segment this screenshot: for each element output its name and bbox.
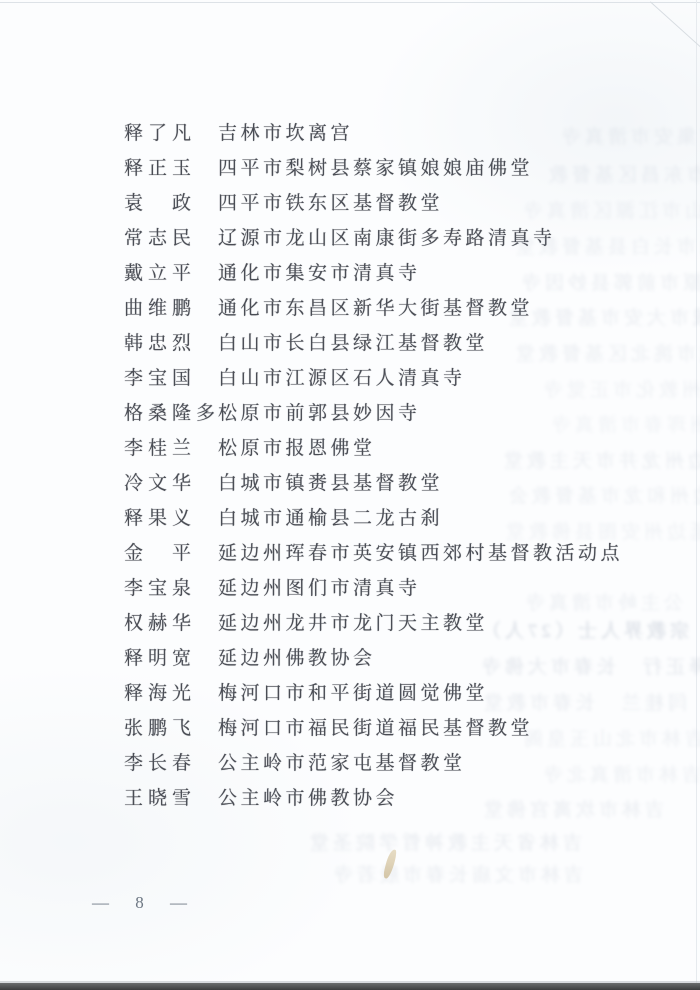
venue-name: 公主岭市范家屯基督教堂: [218, 748, 466, 775]
person-name: 格桑隆多: [124, 398, 218, 425]
person-name: 权赫华: [124, 608, 218, 635]
venue-name: 延边州佛教协会: [218, 643, 376, 670]
person-name: 戴立平: [124, 258, 218, 285]
person-name: 金 平: [124, 538, 218, 565]
roster-row: 戴立平 通化市集安市清真寺: [124, 254, 623, 289]
venue-name: 延边州龙井市龙门天主教堂: [218, 608, 488, 635]
venue-name: 延边州珲春市英安镇西郊村基督教活动点: [218, 538, 623, 565]
roster-row: 释明宽 延边州佛教协会: [124, 639, 623, 674]
venue-name: 延边州图们市清真寺: [218, 573, 421, 600]
person-name: 李宝泉: [124, 573, 218, 600]
roster-row: 释正玉 四平市梨树县蔡家镇娘娘庙佛堂: [124, 149, 623, 184]
scanned-document-page: 释了凡 吉林市坎离宫 释正玉 四平市梨树县蔡家镇娘娘庙佛堂 袁 政 四平市铁东区…: [0, 0, 700, 990]
person-name: 冷文华: [124, 468, 218, 495]
roster-row: 冷文华 白城市镇赉县基督教堂: [124, 464, 623, 499]
venue-name: 辽源市龙山区南康街多寿路清真寺: [218, 223, 556, 250]
roster-row: 李宝泉 延边州图们市清真寺: [124, 569, 623, 604]
page-number: — 8 —: [92, 893, 190, 913]
roster-row: 释了凡 吉林市坎离宫: [124, 114, 623, 149]
roster-row: 李桂兰 松原市报恩佛堂: [124, 429, 623, 464]
venue-name: 白城市通榆县二龙古刹: [218, 503, 443, 530]
roster-row: 韩忠烈 白山市长白县绿江基督教堂: [124, 324, 623, 359]
roster-row: 张鹏飞 梅河口市福民街道福民基督教堂: [124, 709, 623, 744]
person-name: 释正玉: [124, 153, 218, 180]
person-name: 常志民: [124, 223, 218, 250]
venue-name: 梅河口市和平街道圆觉佛堂: [218, 678, 488, 705]
person-name: 曲维鹏: [124, 293, 218, 320]
roster-row: 李长春 公主岭市范家屯基督教堂: [124, 744, 623, 779]
bleedthrough-text: 吉林省天主教神哲学院圣堂: [306, 828, 582, 855]
venue-name: 梅河口市福民街道福民基督教堂: [218, 713, 533, 740]
venue-name: 松原市报恩佛堂: [218, 433, 376, 460]
person-name: 袁 政: [124, 188, 218, 215]
venue-name: 通化市东昌区新华大街基督教堂: [218, 293, 533, 320]
person-name: 释海光: [124, 678, 218, 705]
roster-row: 金 平 延边州珲春市英安镇西郊村基督教活动点: [124, 534, 623, 569]
roster-list: 释了凡 吉林市坎离宫 释正玉 四平市梨树县蔡家镇娘娘庙佛堂 袁 政 四平市铁东区…: [124, 114, 623, 814]
roster-row: 曲维鹏 通化市东昌区新华大街基督教堂: [124, 289, 623, 324]
roster-row: 权赫华 延边州龙井市龙门天主教堂: [124, 604, 623, 639]
scan-edge-bottom: [0, 983, 700, 990]
person-name: 张鹏飞: [124, 713, 218, 740]
person-name: 释了凡: [124, 118, 218, 145]
paper-stain: [382, 848, 397, 879]
person-name: 王晓雪: [124, 783, 218, 810]
roster-row: 常志民 辽源市龙山区南康街多寿路清真寺: [124, 219, 623, 254]
scan-edge-top: [0, 2, 700, 3]
venue-name: 白山市长白县绿江基督教堂: [218, 328, 488, 355]
roster-row: 释果义 白城市通榆县二龙古刹: [124, 499, 623, 534]
roster-row: 格桑隆多 松原市前郭县妙因寺: [124, 394, 623, 429]
venue-name: 白城市镇赉县基督教堂: [218, 468, 443, 495]
person-name: 释果义: [124, 503, 218, 530]
roster-row: 李宝国 白山市江源区石人清真寺: [124, 359, 623, 394]
person-name: 李宝国: [124, 363, 218, 390]
venue-name: 通化市集安市清真寺: [218, 258, 421, 285]
venue-name: 吉林市坎离宫: [218, 118, 353, 145]
venue-name: 四平市梨树县蔡家镇娘娘庙佛堂: [218, 153, 533, 180]
roster-row: 袁 政 四平市铁东区基督教堂: [124, 184, 623, 219]
roster-row: 王晓雪 公主岭市佛教协会: [124, 779, 623, 814]
person-name: 释明宽: [124, 643, 218, 670]
person-name: 韩忠烈: [124, 328, 218, 355]
venue-name: 白山市江源区石人清真寺: [218, 363, 466, 390]
roster-row: 释海光 梅河口市和平街道圆觉佛堂: [124, 674, 623, 709]
person-name: 李长春: [124, 748, 218, 775]
paper-crease: [650, 1, 700, 55]
person-name: 李桂兰: [124, 433, 218, 460]
scan-edge-right: [696, 0, 697, 990]
venue-name: 公主岭市佛教协会: [218, 783, 398, 810]
bleedthrough-text: 吉林市文庙长春市般若寺: [330, 860, 583, 887]
venue-name: 四平市铁东区基督教堂: [218, 188, 443, 215]
venue-name: 松原市前郭县妙因寺: [218, 398, 421, 425]
